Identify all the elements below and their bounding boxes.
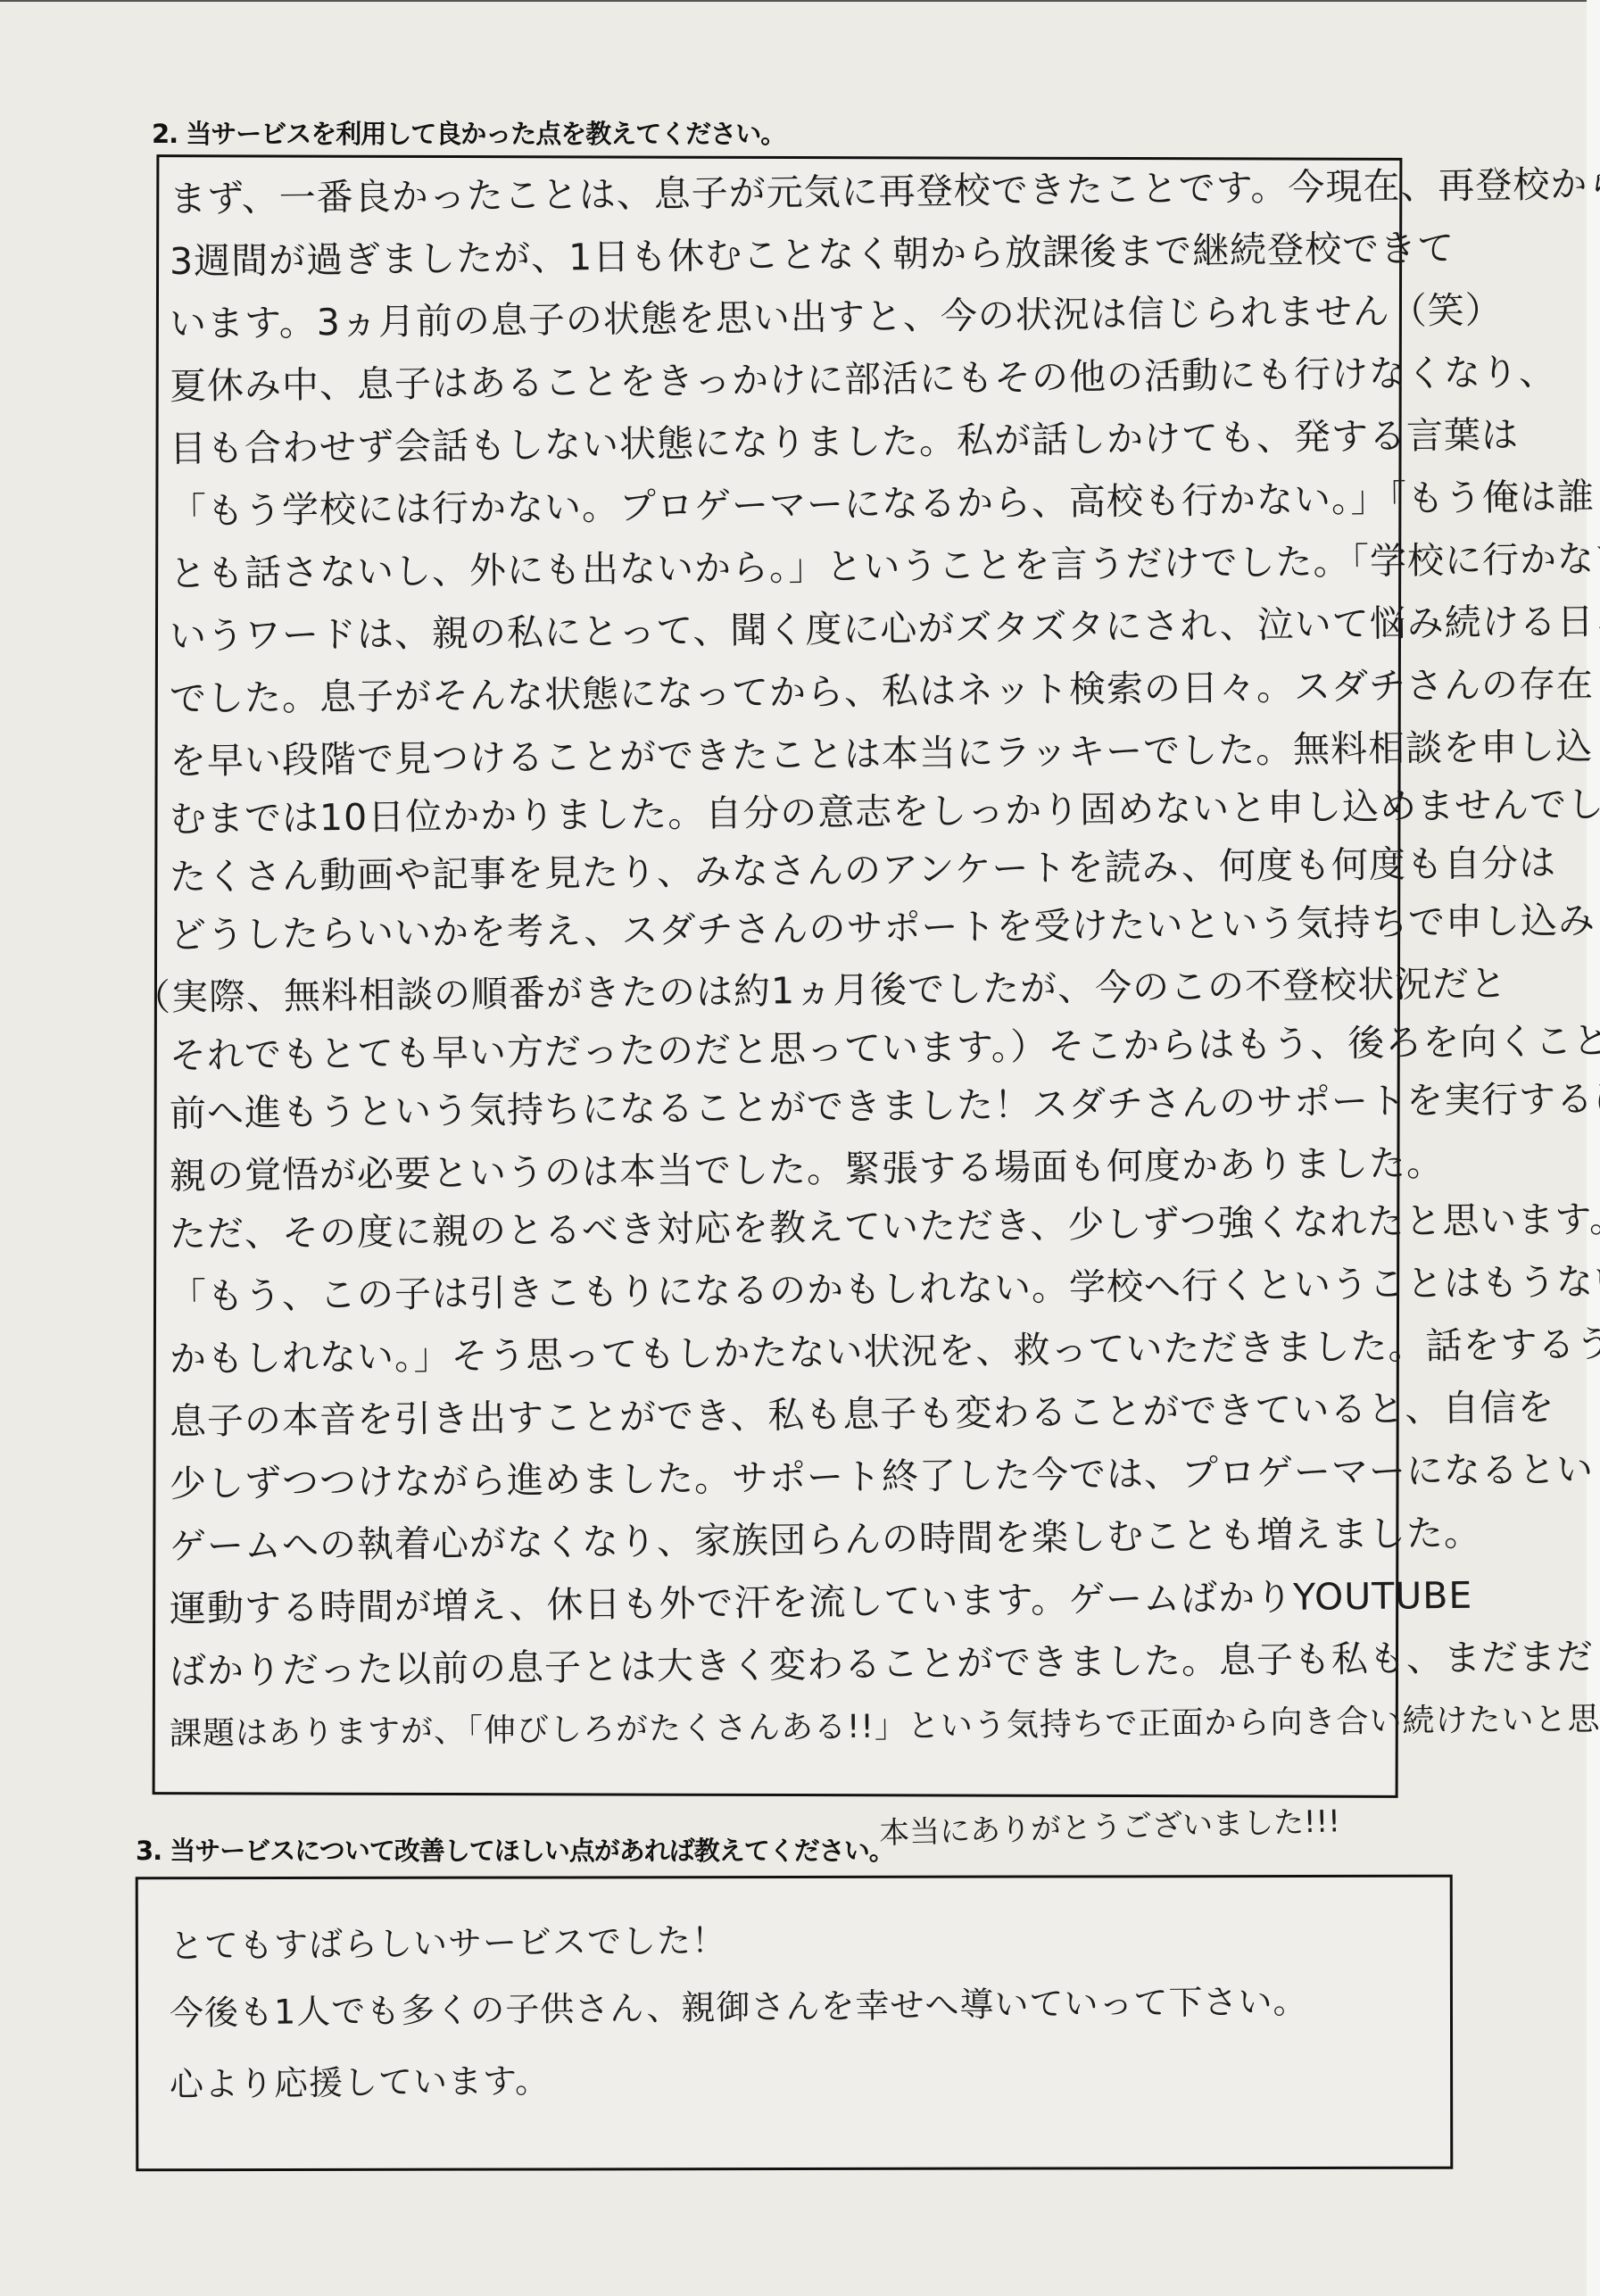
question-3-heading: 3. 当サービスについて改善してほしい点があれば教えてください。	[136, 1831, 894, 1868]
answer-line: とてもすばらしいサービスでした！	[170, 1912, 727, 1968]
closing-thanks-note: 本当にありがとうございました!!!	[878, 1796, 1340, 1853]
answer-line: 心より応援しています。	[170, 2053, 551, 2106]
paper-right-edge	[1587, 0, 1600, 2296]
paper-top-edge	[0, 0, 1600, 2]
question-2-heading: 2. 当サービスを利用して良かった点を教えてください。	[152, 114, 785, 151]
